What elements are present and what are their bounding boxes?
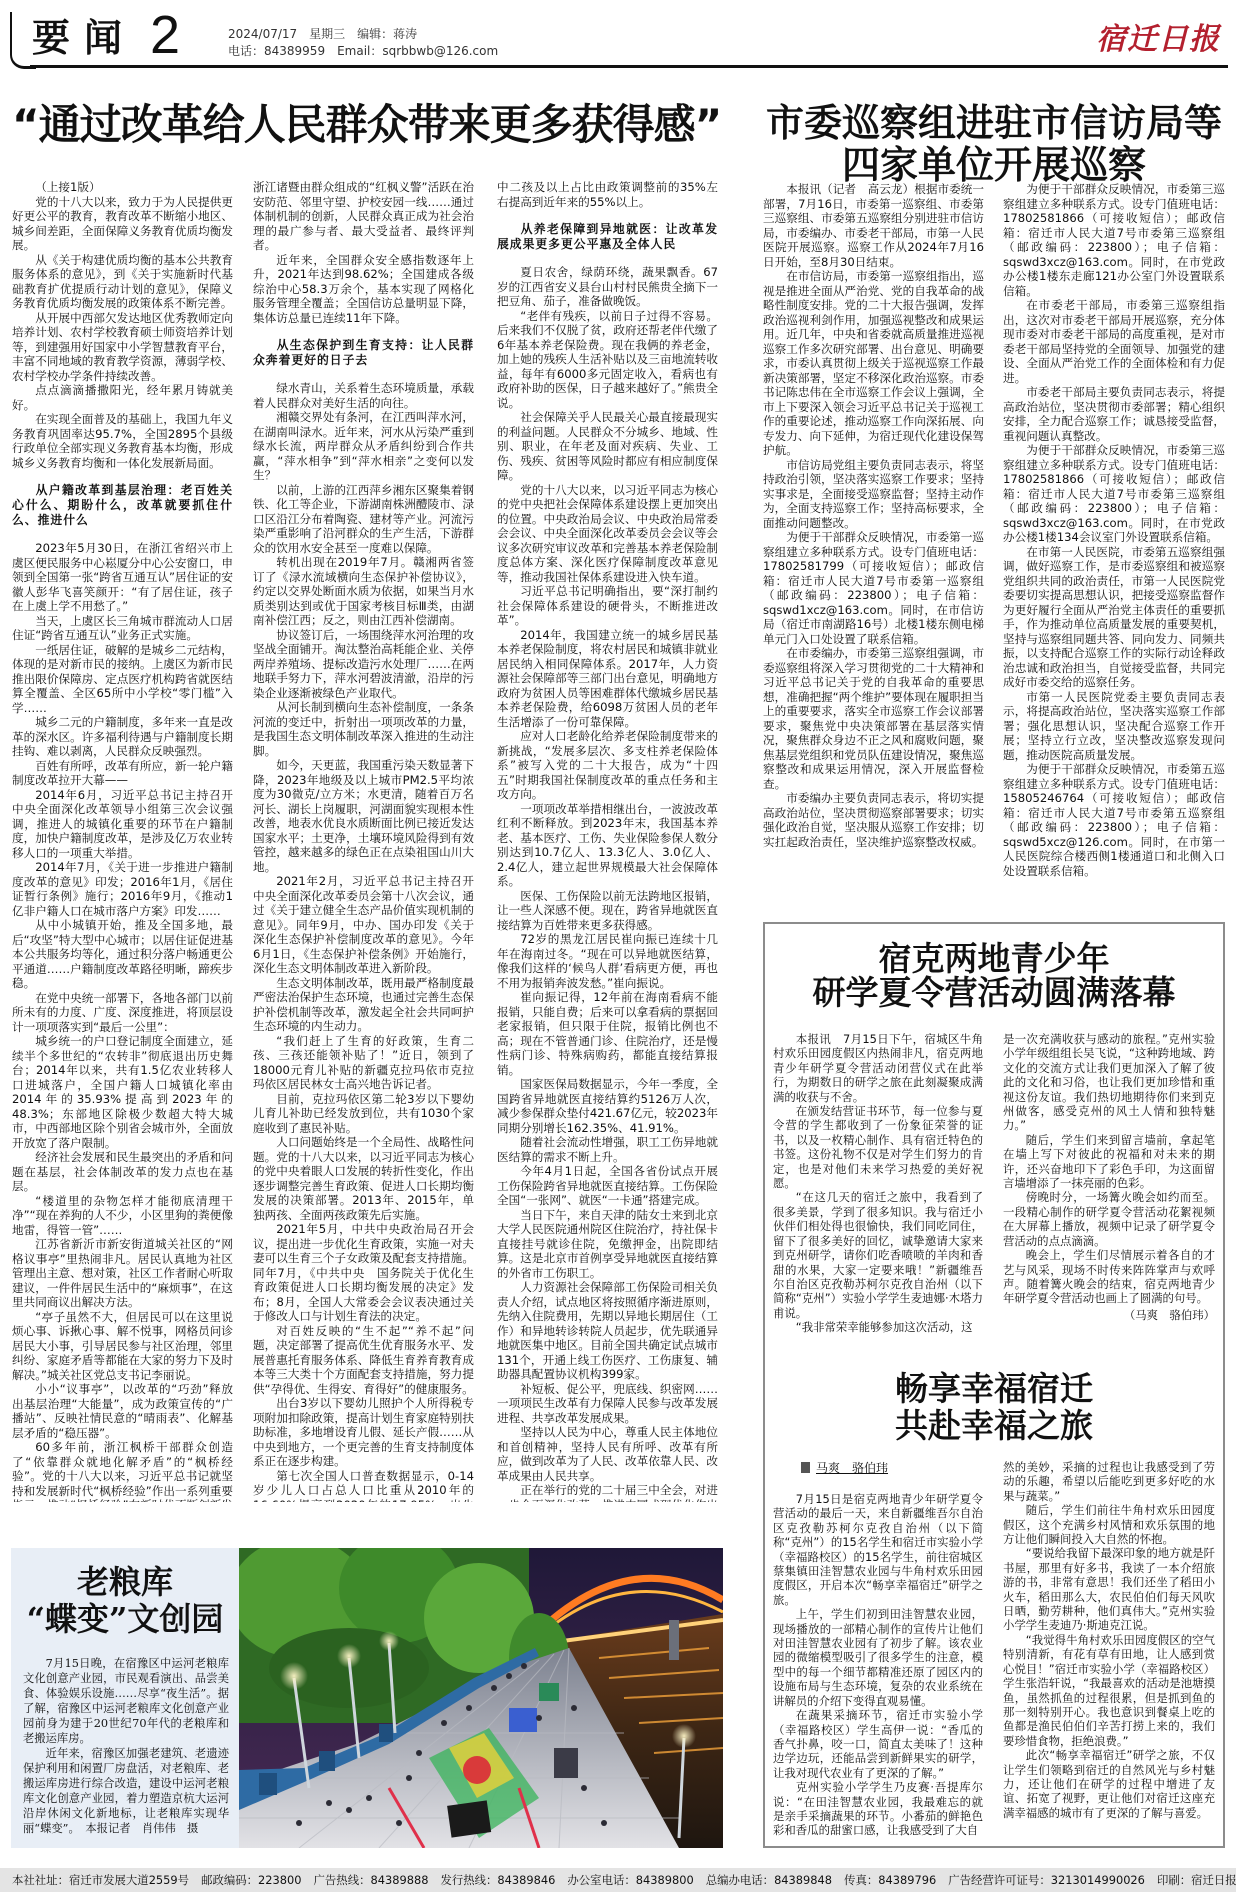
contact-line: 电话：84389959 Email：sqrbbwb@126.com	[228, 43, 498, 60]
paragraph: 出台3岁以下婴幼儿照护个人所得税专项附加扣除政策，提高计划生育家庭特别扶助标准，…	[253, 1396, 474, 1469]
paragraph: 如今，天更蓝，我国重污染天数显著下降，2023年地级及以上城市PM2.5平均浓度…	[253, 758, 474, 874]
paragraph: 在党中央统一部署下，各地各部门以前所未有的力度、广度、深度推进，将顶层设计一项项…	[12, 991, 233, 1035]
paragraph: 人力资源社会保障部工伤保险司相关负责人介绍，试点地区将按照循序渐进原则，先纳入住…	[497, 1280, 718, 1382]
paragraph: “我觉得牛角村欢乐田园度假区的空气特别清新，有花有草有田地，让人感到赏心悦目！”…	[1003, 1633, 1215, 1748]
date-editor-line: 2024/07/17 星期三 编辑：蒋涛	[228, 26, 498, 43]
lead-column-3: 中二孩及以上占比由政策调整前的35%左右提高到近年来的55%以上。从养老保障到异…	[497, 180, 718, 1502]
paragraph: 习近平总书记明确指出，要“深打制约社会保障体系建设的硬骨头，不断推进改革”。	[497, 584, 718, 628]
tour-column-2: 然的美妙，采摘的过程也让我感受到了劳动的乐趣，希望以后能吃到更多好吃的水果与蔬菜…	[1003, 1460, 1215, 1844]
paragraph: 医保、工伤保险以前无法跨地区报销，让一些人深感不便。现在，跨省异地就医直接结算为…	[497, 889, 718, 933]
photo-feature: 老粮库 “蝶变”文创园 7月15日晚，在宿豫区中运河老粮库文化创意产业园，市民观…	[11, 1548, 723, 1848]
camp-headline-line2: 研学夏令营活动圆满落幕	[765, 976, 1223, 1010]
paragraph: 党的十八大以来，致力于为人民提供更好更公平的教育，教育改革不断缩小地区、城乡间差…	[12, 195, 233, 253]
camp-headline: 宿克两地青少年 研学夏令营活动圆满落幕	[765, 942, 1223, 1010]
lead-column-1: （上接1版）党的十八大以来，致力于为人民提供更好更公平的教育，教育改革不断缩小地…	[12, 180, 233, 1502]
paragraph: 在颁发结营证书环节，每一位参与夏令营的学生都收到了一份象征荣誉的证书，以及一枚精…	[773, 1104, 983, 1190]
newspaper-logo: 宿迁日报	[1096, 22, 1220, 58]
paragraph: 第七次全国人口普查数据显示，0-14岁少儿人口占总人口比重从2010年的16.6…	[253, 1469, 474, 1503]
paragraph: 上午，学生们初到田洼智慧农业园，现场播放的一部精心制作的宣传片让他们对田洼智慧农…	[773, 1607, 983, 1708]
paragraph: 市信访局党组主要负责同志表示，将坚持政治引领，坚决落实巡察工作要求；坚持实事求是…	[763, 458, 984, 531]
paragraph: 2014年7月，《关于进一步推进户籍制度改革的意见》印发；2016年1月，《居住…	[12, 860, 233, 918]
continuation-note: （上接1版）	[12, 180, 233, 195]
paragraph: 为便于干部群众反映情况，市委第三巡察组建立多种联系方式。设专门值班电话：1780…	[1003, 182, 1225, 298]
photo-title-line2: “蝶变”文创园	[11, 1601, 239, 1638]
inspection-column-2: 为便于干部群众反映情况，市委第三巡察组建立多种联系方式。设专门值班电话：1780…	[1003, 182, 1225, 882]
paragraph: 生态文明体制改革，既用最严格制度最严密法治保护生态环境，也通过完善生态保护补偿机…	[253, 976, 474, 1034]
paragraph: 近年来，宿豫区加强老建筑、老遗迹保护利用和闲置厂房盘活，对老粮库、老搬运库房进行…	[23, 1746, 229, 1836]
lead-headline: “通过改革给人民群众带来更多获得感”	[12, 98, 718, 152]
paragraph: 晚会上，学生们尽情展示着各自的才艺与风采，现场不时传来阵阵掌声与欢呼声。随着篝火…	[1003, 1248, 1215, 1306]
paragraph: 为便于干部群众反映情况，市委第一巡察组建立多种联系方式。设专门值班电话：1780…	[763, 530, 984, 646]
inspection-headline-line1: 市委巡察组进驻市信访局等	[763, 102, 1225, 144]
paragraph: “楼道里的杂物怎样才能彻底清理干净”“现在养狗的人不少，小区里狗的粪便像地雷，得…	[12, 1194, 233, 1238]
tour-byline: 马爽 骆伯玮	[801, 1460, 888, 1476]
paragraph: 从中小城镇开始，推及全国多地，最后“攻坚”特大型中心城市；以居住证促进基本公共服…	[12, 918, 233, 991]
photo-feature-title: 老粮库 “蝶变”文创园	[11, 1564, 239, 1638]
inspection-column-1: 本报讯（记者 高云龙）根据市委统一部署，7月16日，市委第一巡察组、市委第三巡察…	[763, 182, 984, 882]
paragraph: 72岁的黑龙江居民崔向振已连续十几年在海南过冬。“现在可以异地就医结算，像我们这…	[497, 932, 718, 990]
paragraph: “要说给我留下最深印象的地方就是阡书屋，那里有好多书，我读了一本介绍旅游的书，非…	[1003, 1546, 1215, 1632]
paragraph: 一纸居住证，破解的是城乡二元结构，体现的是对新市民的接纳。上虞区为新市民推出限价…	[12, 643, 233, 716]
author-signature: （马爽 骆伯玮）	[1003, 1308, 1215, 1322]
tour-headline-line1: 畅享幸福宿迁	[765, 1370, 1223, 1407]
photo-image	[239, 1548, 723, 1848]
footer-imprint: 本社社址：宿迁市发展大道2559号邮政编码：223800广告热线：8438988…	[0, 1868, 1236, 1892]
paragraph: 正在举行的党的二十届三中全会，对进一步全面深化改革、推进中国式现代化作出战略部署…	[497, 1483, 718, 1502]
paragraph: 7月15日晚，在宿豫区中运河老粮库文化创意产业园，市民观看演出、品尝美食、体验娱…	[23, 1656, 229, 1746]
inspection-headline-line2: 四家单位开展巡察	[763, 144, 1225, 186]
night-riverside-photo	[239, 1548, 723, 1848]
paragraph-continued: 是一次充满收获与感动的旅程。”克州实验小学年级组组长吴飞说，“这种跨地域、跨文化…	[1003, 1032, 1215, 1133]
paragraph: 城乡二元的户籍制度，多年来一直是改革的深水区。许多福利待遇与户籍制度长期挂钩、难…	[12, 715, 233, 759]
paragraph: 今年4月1日起，全国各省份试点开展工伤保险跨省异地就医直接结算。工伤保险全国“一…	[497, 1164, 718, 1208]
paragraph: 人口问题始终是一个全局性、战略性问题。党的十八大以来，以习近平同志为核心的党中央…	[253, 1135, 474, 1222]
paragraph: 市委编办主要负责同志表示，将切实提高政治站位，坚决贯彻巡察部署要求；切实强化政治…	[763, 791, 984, 849]
paragraph: 随后，学生们来到留言墙前，拿起笔在墙上写下对彼此的祝福和对未来的期许，还兴奋地印…	[1003, 1133, 1215, 1191]
paragraph: 随着社会流动性增强，职工工伤异地就医结算的需求不断上升。	[497, 1135, 718, 1164]
paragraph: 对百姓反映的“生不起”“养不起”问题，决定部署了提高优生优育服务水平、发展普惠托…	[253, 1324, 474, 1397]
paragraph: 克州实验小学学生乃皮赛·吾提库尔说：“在田洼智慧农业园，我最难忘的就是亲手采摘蔬…	[773, 1780, 983, 1838]
byline-authors: 马爽 骆伯玮	[816, 1461, 888, 1475]
paragraph: “我们赶上了生育的好政策，生育二孩、三孩还能领补贴了！”近日，领到了18000元…	[253, 1034, 474, 1092]
subheading: 从养老保障到异地就医：让改革发展成果更多更公平惠及全体人民	[497, 222, 718, 252]
header-rule	[30, 65, 1228, 68]
paragraph: 国家医保局数据显示，今年一季度，全国跨省异地就医直接结算约5126万人次，减少参…	[497, 1077, 718, 1135]
paragraph-continued: 浙江诸暨由群众组成的“红枫义警”活跃在治安防范、邻里守望、护校安园一线……通过体…	[253, 180, 474, 253]
lead-column-2: 浙江诸暨由群众组成的“红枫义警”活跃在治安防范、邻里守望、护校安园一线……通过体…	[253, 180, 474, 1502]
paragraph: 城乡统一的户口登记制度全面建立，延续半个多世纪的“农转非”彻底退出历史舞台；20…	[12, 1034, 233, 1150]
paragraph: 为便于干部群众反映情况，市委第五巡察组建立多种联系方式。设专门值班电话：1580…	[1003, 762, 1225, 878]
paragraph: 此次“畅享幸福宿迁”研学之旅，不仅让学生们领略到宿迁的自然风光与乡村魅力，还让他…	[1003, 1748, 1215, 1820]
imprint-item: 总编办电话：84389848	[706, 1873, 832, 1887]
paragraph: 协议签订后，一场围绕萍水河治理的攻坚战全面铺开。淘汰整治高耗能企业、关停两岸养殖…	[253, 628, 474, 701]
paragraph: 以前，上游的江西萍乡湘东区聚集着钢铁、化工等企业，下游湖南株洲醴陵市、渌口区沿江…	[253, 483, 474, 556]
paragraph: 本报讯（记者 高云龙）根据市委统一部署，7月16日，市委第一巡察组、市委第三巡察…	[763, 182, 984, 269]
paragraph: 从开展中西部欠发达地区优秀教师定向培养计划、农村学校教育硕士师资培养计划等，到建…	[12, 311, 233, 384]
paragraph: 补短板、促公平，兜底线、织密网……一项项民生改革有力保障人民参与改革发展进程、共…	[497, 1382, 718, 1426]
imprint-item: 发行热线：84389846	[440, 1873, 555, 1887]
imprint-item: 邮政编码：223800	[201, 1873, 301, 1887]
imprint-item: 广告热线：84389888	[314, 1873, 429, 1887]
imprint-item: 办公室电话：84389800	[567, 1873, 693, 1887]
camp-headline-line1: 宿克两地青少年	[765, 942, 1223, 976]
footer-line: 本社社址：宿迁市发展大道2559号邮政编码：223800广告热线：8438988…	[12, 1868, 1236, 1892]
paragraph: 2021年2月，习近平总书记主持召开中央全面深化改革委员会第十八次会议，通过《关…	[253, 874, 474, 976]
paragraph: 近年来，全国群众安全感指数逐年上升，2021年达到98.62%；全国建成各级综治…	[253, 253, 474, 326]
paragraph: 在实现全面普及的基础上，我国九年义务教育巩固率达95.7%，全国2895个县级行…	[12, 412, 233, 470]
camp-column-2: 是一次充满收获与感动的旅程。”克州实验小学年级组组长吴飞说，“这种跨地域、跨文化…	[1003, 1032, 1215, 1344]
paragraph: 在市委编办，市委第三巡察组强调，市委巡察组将深入学习贯彻党的二十大精神和习近平总…	[763, 646, 984, 791]
feature-box: 宿克两地青少年 研学夏令营活动圆满落幕 本报讯 7月15日下午，宿城区牛角村欢乐…	[763, 922, 1225, 1848]
imprint-item: 广告经营许可证号：3213014990026	[948, 1873, 1145, 1887]
imprint-item: 印刷：宿迁日报社印刷厂	[1157, 1873, 1236, 1887]
paragraph: 在市信访局，市委第一巡察组指出，巡视是推进全面从严治党、党的自我革命的战略性制度…	[763, 269, 984, 458]
paragraph: 夏日农舍，绿荫环绕，蔬果飘香。67岁的江西省安义县台山村村民熊贵全摘下一把豆角、…	[497, 265, 718, 309]
paragraph: 2014年6月，习近平总书记主持召开中央全面深化改革领导小组第三次会议强调，推进…	[12, 788, 233, 861]
paragraph: 在市委老干部局，市委第三巡察组指出，这次对市委老干部局开展巡察，充分体现市委对市…	[1003, 298, 1225, 385]
imprint-item: 传真：84389796	[844, 1873, 936, 1887]
paragraph: 7月15日是宿克两地青少年研学夏令营活动的最后一天，来自新疆维吾尔自治区克孜勒苏…	[773, 1492, 983, 1607]
paragraph: 经济社会发展和民生最突出的矛盾和问题在基层，社会体制改革的发力点也在基层。	[12, 1150, 233, 1194]
paragraph: “我非常荣幸能够参加这次活动，这	[773, 1320, 983, 1334]
paragraph: 2014年，我国建立统一的城乡居民基本养老保险制度，将农村居民和城镇非就业居民纳…	[497, 628, 718, 730]
paragraph: 2021年5月，中共中央政治局召开会议，提出进一步优化生育政策，实施一对夫妻可以…	[253, 1222, 474, 1324]
page-meta: 2024/07/17 星期三 编辑：蒋涛 电话：84389959 Email：s…	[228, 26, 498, 60]
paragraph: 当日下午，来自天津的陆女士来到北京大学人民医院通州院区住院治疗，持社保卡直接挂号…	[497, 1208, 718, 1281]
paragraph: 随后，学生们前往牛角村欢乐田园度假区，这个充满乡村风情和欢乐氛围的地方让他们瞬间…	[1003, 1503, 1215, 1546]
byline-square-icon	[801, 1462, 810, 1473]
paragraph: 小小“议事亭”，以改革的“巧劲”释放出基层治理“大能量”，成为政策宣传的“广播站…	[12, 1382, 233, 1440]
paragraph: 点点滴滴播撒阳光，经年累月铸就美好。	[12, 383, 233, 412]
paragraph: 坚持以人民为中心，尊重人民主体地位和首创精神，坚持人民有所呼、改革有所应，做到改…	[497, 1425, 718, 1483]
paragraph: 社会保障关乎人民最关心最直接最现实的利益问题。人民群众不分城乡、地域、性别、职业…	[497, 410, 718, 483]
camp-column-1: 本报讯 7月15日下午，宿城区牛角村欢乐田园度假区内热闹非凡，宿克两地青少年研学…	[773, 1032, 983, 1344]
paragraph: 党的十八大以来，以习近平同志为核心的党中央把社会保障体系建设摆上更加突出的位置。…	[497, 483, 718, 585]
paragraph: 江苏省新沂市新安街道城关社区的“网格议事亭”里热闹非凡。居民认真地为社区管理出主…	[12, 1237, 233, 1310]
paragraph: 一项项改革举措相继出台，一波波改革红利不断释放。到2023年末，我国基本养老、基…	[497, 802, 718, 889]
section-title: 要闻	[32, 16, 136, 60]
paragraph: 在蔬果采摘环节，宿迁市实验小学（幸福路校区）学生高伊一说：“香瓜的香气扑鼻，咬一…	[773, 1708, 983, 1780]
paragraph: 崔向振记得，12年前在海南看病不能报销，只能自费；后来可以拿看病的票据回老家报销…	[497, 990, 718, 1077]
paragraph: “亭子虽然不大，但居民可以在这里说烦心事、诉揪心事、解不悦事，网格员问诊居民大小…	[12, 1310, 233, 1383]
photo-caption: 7月15日晚，在宿豫区中运河老粮库文化创意产业园，市民观看演出、品尝美食、体验娱…	[23, 1656, 229, 1842]
paragraph: 转机出现在2019年7月。赣湘两省签订了《渌水流域横向生态保护补偿协议》，约定以…	[253, 555, 474, 628]
tour-headline-line2: 共赴幸福之旅	[765, 1407, 1223, 1444]
imprint-item: 本社社址：宿迁市发展大道2559号	[12, 1873, 189, 1887]
paragraph: 2023年5月30日，在浙江省绍兴市上虞区便民服务中心崧厦分中心公安窗口，申领到…	[12, 541, 233, 614]
paragraph-continued: 然的美妙，采摘的过程也让我感受到了劳动的乐趣，希望以后能吃到更多好吃的水果与蔬菜…	[1003, 1460, 1215, 1503]
inspection-headline: 市委巡察组进驻市信访局等 四家单位开展巡察	[763, 102, 1225, 186]
paragraph-continued: 中二孩及以上占比由政策调整前的35%左右提高到近年来的55%以上。	[497, 180, 718, 209]
paragraph: “老伴有残疾，以前日子过得不容易。后来我们不仅脱了贫，政府还帮老伴代缴了6年基本…	[497, 309, 718, 411]
paragraph: 60多年前，浙江枫桥干部群众创造了“依靠群众就地化解矛盾”的“枫桥经验”。党的十…	[12, 1440, 233, 1502]
paragraph: 湘赣交界处有条河，在江西叫萍水河，在湖南叫渌水。近年来，河水从污染严重到绿水长流…	[253, 410, 474, 483]
paragraph: 百姓有所呼，改革有所应，新一轮户籍制度改革拉开大幕——	[12, 759, 233, 788]
paragraph: 绿水青山，关系着生态环境质量，承载着人民群众对美好生活的向往。	[253, 381, 474, 410]
paragraph: 应对人口老龄化给养老保险制度带来的新挑战，“发展多层次、多支柱养老保险体系”被写…	[497, 729, 718, 802]
photo-title-line1: 老粮库	[11, 1564, 239, 1601]
subheading: 从户籍改革到基层治理：老百姓关心什么、期盼什么，改革就要抓住什么、推进什么	[12, 483, 233, 528]
paragraph: 从《关于构建优质均衡的基本公共教育服务体系的意见》，到《关于实施新时代基础教育扩…	[12, 253, 233, 311]
subheading: 从生态保护到生育支持：让人民群众奔着更好的日子去	[253, 338, 474, 368]
paragraph: 本报讯 7月15日下午，宿城区牛角村欢乐田园度假区内热闹非凡，宿克两地青少年研学…	[773, 1032, 983, 1104]
paragraph: 从河长制到横向生态补偿制度，一条条河流的变迁中，折射出一项项改革的力量，是我国生…	[253, 700, 474, 758]
paragraph: 市委老干部局主要负责同志表示，将提高政治站位，坚决贯彻市委部署；精心组织安排，全…	[1003, 385, 1225, 443]
paragraph: “在这几天的宿迁之旅中，我看到了很多美景，学到了很多知识。我与宿迁小伙伴们相处得…	[773, 1190, 983, 1320]
tour-column-1: 7月15日是宿克两地青少年研学夏令营活动的最后一天，来自新疆维吾尔自治区克孜勒苏…	[773, 1492, 983, 1844]
paragraph: 傍晚时分，一场篝火晚会如约而至。一段精心制作的研学夏令营活动花絮视频在大屏幕上播…	[1003, 1190, 1215, 1248]
paragraph: 在市第一人民医院，市委第五巡察组强调，做好巡察工作，是市委巡察组和被巡察党组织共…	[1003, 545, 1225, 690]
page-number: 2	[150, 6, 180, 64]
paragraph: 市第一人民医院党委主要负责同志表示，将提高政治站位，坚决落实巡察工作部署；强化思…	[1003, 690, 1225, 763]
tour-headline: 畅享幸福宿迁 共赴幸福之旅	[765, 1370, 1223, 1444]
paragraph: 为便于干部群众反映情况，市委第三巡察组建立多种联系方式。设专门值班电话：1780…	[1003, 443, 1225, 545]
paragraph: 当天，上虞区长三角城市群流动人口居住证“跨省互通互认”业务正式实施。	[12, 614, 233, 643]
paragraph: 目前，克拉玛依区第二轮3岁以下婴幼儿育儿补助已经发放到位，共有1030个家庭收到…	[253, 1092, 474, 1136]
